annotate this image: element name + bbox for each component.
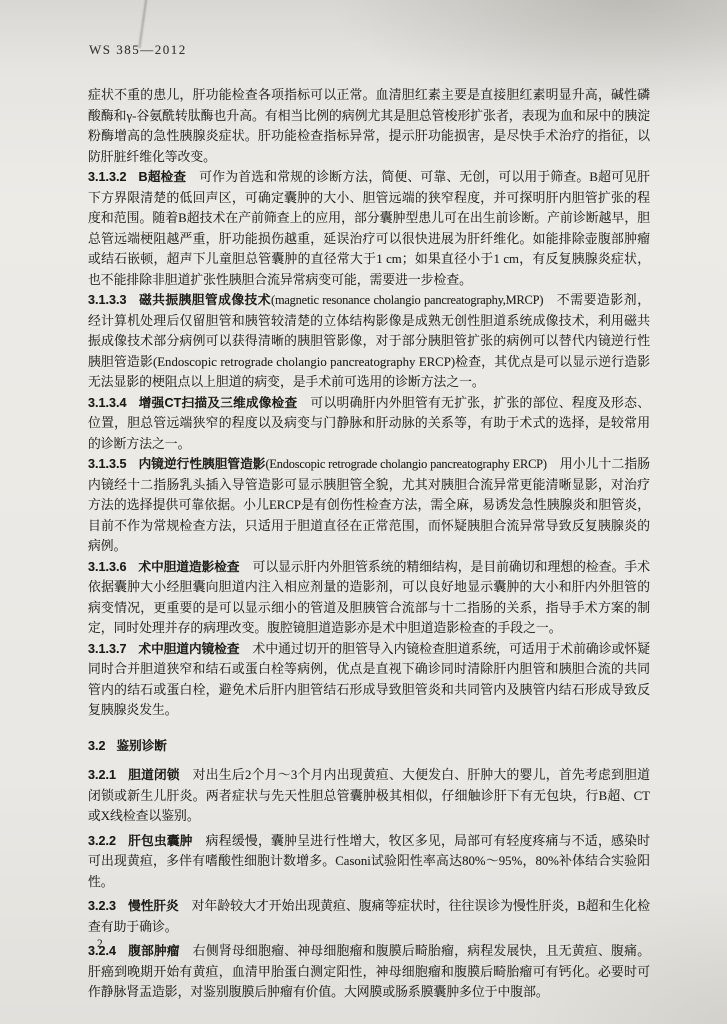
section-3-1-3-6: 3.1.3.6术中胆道造影检查可以显示肝内外胆管系统的精细结构，是目前确切和理想… [88, 557, 650, 639]
clause-title-english: (Endoscopic retrograde cholangio pancrea… [265, 457, 546, 471]
clause-title: 术中胆道造影检查 [139, 560, 240, 574]
section-3-2-2: 3.2.2肝包虫囊肿病程缓慢，囊肿呈进行性增大，牧区多见，局部可有轻度疼痛与不适… [88, 831, 650, 893]
clause-number: 3.1.3.3 [88, 293, 127, 307]
section-3-1-3-7: 3.1.3.7术中胆道内镜检查术中通过切开的胆管导入内镜检查胆道系统，可适用于术… [88, 639, 650, 721]
section-3-1-3-5: 3.1.3.5内镜逆行性胰胆管造影(Endoscopic retrograde … [88, 454, 650, 557]
heading-differential-diagnosis: 3.2鉴别诊断 [88, 736, 650, 757]
clause-number: 3.1.3.6 [88, 560, 127, 574]
clause-number: 3.2.3 [88, 899, 116, 913]
clause-number: 3.1.3.7 [88, 642, 127, 656]
section-3-1-3-4: 3.1.3.4增强CT扫描及三维成像检查可以明确肝内外胆管有无扩张，扩张的部位、… [88, 393, 650, 455]
clause-number: 3.1.3.5 [88, 457, 127, 471]
clause-title: 磁共振胰胆管成像技术 [139, 293, 272, 307]
clause-title: 慢性肝炎 [128, 899, 179, 913]
clause-title: B超检查 [139, 170, 187, 184]
clause-body: 可作为首选和常规的诊断方法，简便、可靠、无创，可以用于筛查。B超可见肝下方界限清… [88, 170, 650, 287]
clause-title: 内镜逆行性胰胆管造影 [139, 457, 266, 471]
scan-crease-mark [138, 0, 147, 48]
section-3-2-4: 3.2.4腹部肿瘤右侧肾母细胞瘤、神母细胞瘤和腹膜后畸胎瘤，病程发展快，且无黄疸… [88, 941, 650, 1003]
page-number: 2 [97, 938, 103, 950]
section-3-2-3: 3.2.3慢性肝炎对年龄较大才开始出现黄疸、腹痛等症状时，往往误诊为慢性肝炎，B… [88, 896, 650, 937]
clause-title: 胆道闭锁 [128, 768, 180, 782]
clause-number: 3.2.2 [88, 834, 116, 848]
clause-body: 用小儿十二指肠内镜经十二指肠乳头插入导管造影可显示胰胆管全貌，尤其对胰胆合流异常… [88, 457, 650, 553]
scanned-document-page: WS 385—2012 症状不重的患儿，肝功能检查各项指标可以正常。血清胆红素主… [0, 0, 727, 1024]
standard-number: WS 385—2012 [89, 42, 187, 58]
section-3-1-3-2: 3.1.3.2B超检查可作为首选和常规的诊断方法，简便、可靠、无创，可以用于筛查… [88, 167, 650, 290]
clause-title: 肝包虫囊肿 [128, 834, 193, 848]
section-3-1-3-3: 3.1.3.3磁共振胰胆管成像技术(magnetic resonance cho… [88, 290, 650, 393]
heading-number: 3.2 [88, 739, 106, 753]
clause-title-english: (magnetic resonance cholangio pancreatog… [271, 293, 543, 307]
clause-number: 3.2.1 [88, 768, 116, 782]
clause-number: 3.1.3.2 [88, 170, 127, 184]
intro-paragraph: 症状不重的患儿，肝功能检查各项指标可以正常。血清胆红素主要是直接胆红素明显升高，… [88, 85, 650, 167]
document-body: 症状不重的患儿，肝功能检查各项指标可以正常。血清胆红素主要是直接胆红素明显升高，… [88, 85, 650, 1003]
clause-title: 增强CT扫描及三维成像检查 [139, 396, 298, 410]
section-3-2-1: 3.2.1胆道闭锁对出生后2个月～3个月内出现黄疸、大便发白、肝肿大的婴儿，首先… [88, 765, 650, 827]
clause-body: 不需要造影剂，经计算机处理后仅留胆管和胰管较清楚的立体结构影像是成熟无创性胆道系… [88, 293, 650, 389]
clause-title: 术中胆道内镜检查 [139, 642, 240, 656]
heading-title: 鉴别诊断 [117, 739, 167, 753]
clause-title: 腹部肿瘤 [128, 944, 180, 958]
clause-number: 3.1.3.4 [88, 396, 127, 410]
